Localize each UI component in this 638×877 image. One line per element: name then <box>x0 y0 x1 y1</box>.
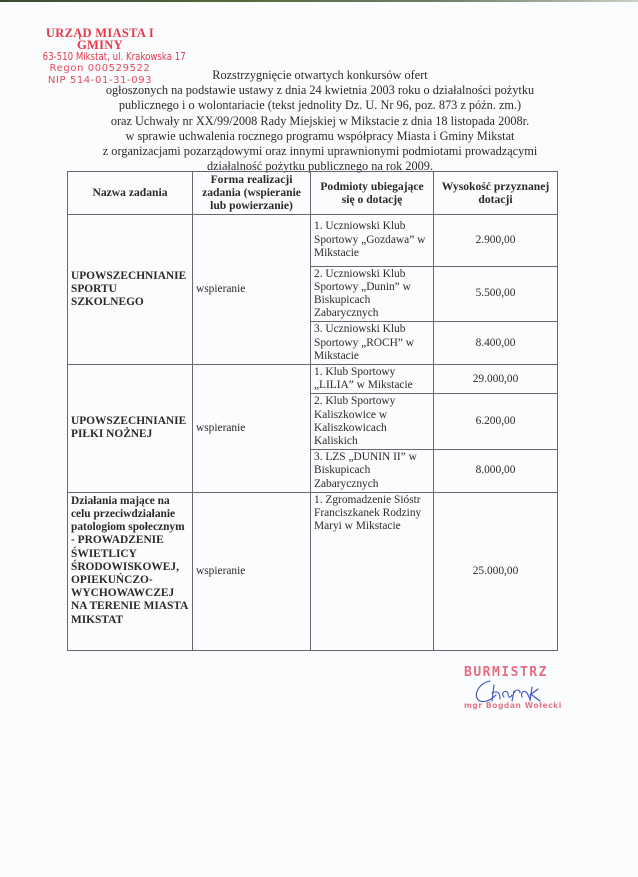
stamp-office-name: URZĄD MIASTA I GMINY <box>30 27 170 51</box>
grant-amount: 8.400,00 <box>434 322 558 365</box>
grant-amount: 29.000,00 <box>434 365 558 394</box>
mayor-signature-stamp: BURMISTRZ mgr Bogdan Wołecki <box>450 665 590 725</box>
entity-name: 3. Uczniowski Klub Sportowy „ROCH” w Mik… <box>311 322 434 365</box>
task-name: UPOWSZECHNIANIE PIŁKI NOŻNEJ <box>68 365 193 493</box>
entity-name: 3. LZS „DUNIN II” w Biskupicach Zabarycz… <box>311 450 434 493</box>
grant-amount: 25.000,00 <box>434 492 558 650</box>
heading-line: w sprawie uchwalenia rocznego programu w… <box>60 129 580 144</box>
stamp-address: 63-510 Mikstat, ul. Krakowska 17 <box>43 51 158 63</box>
document-heading: Rozstrzygnięcie otwartych konkursów ofer… <box>60 68 580 174</box>
entity-name: 2. Uczniowski Klub Sportowy „Dunin” w Bi… <box>311 266 434 322</box>
grants-table: Nazwa zadania Forma realizacji zadania (… <box>67 171 558 651</box>
grant-amount: 8.000,00 <box>434 450 558 493</box>
scan-edge <box>0 0 638 2</box>
header-task-name: Nazwa zadania <box>68 172 193 215</box>
grant-amount: 2.900,00 <box>434 214 558 266</box>
task-form: wspieranie <box>193 365 311 493</box>
heading-line: Rozstrzygnięcie otwartych konkursów ofer… <box>60 68 580 83</box>
grant-amount: 6.200,00 <box>434 394 558 450</box>
task-form: wspieranie <box>193 492 311 650</box>
table-row: UPOWSZECHNIANIE PIŁKI NOŻNEJ wspieranie … <box>68 365 558 394</box>
table-row: UPOWSZECHNIANIE SPORTU SZKOLNEGO wspiera… <box>68 214 558 266</box>
table-row: Działania mające na celu przeciwdziałani… <box>68 492 558 650</box>
table-header-row: Nazwa zadania Forma realizacji zadania (… <box>68 172 558 215</box>
grant-amount: 5.500,00 <box>434 266 558 322</box>
header-entities: Podmioty ubiegające się o dotację <box>311 172 434 215</box>
heading-line: oraz Uchwały nr XX/99/2008 Rady Miejskie… <box>60 114 580 129</box>
heading-line: ogłoszonych na podstawie ustawy z dnia 2… <box>60 83 580 98</box>
entity-name: 1. Uczniowski Klub Sportowy „Gozdawa” w … <box>311 214 434 266</box>
entity-name: 2. Klub Sportowy Kaliszkowice w Kaliszko… <box>311 394 434 450</box>
signature-person: mgr Bogdan Wołecki <box>464 701 562 710</box>
entity-name: 1. Zgromadzenie Sióstr Franciszkanek Rod… <box>311 492 434 650</box>
entity-name: 1. Klub Sportowy „LILIA” w Mikstacie <box>311 365 434 394</box>
heading-line: publicznego i o wolontariacie (tekst jed… <box>60 98 580 113</box>
heading-line: z organizacjami pozarządowymi oraz innym… <box>60 144 580 159</box>
task-form: wspieranie <box>193 214 311 364</box>
header-form: Forma realizacji zadania (wspieranie lub… <box>193 172 311 215</box>
header-amount: Wysokość przyznanej dotacji <box>434 172 558 215</box>
task-name: Działania mające na celu przeciwdziałani… <box>68 492 193 650</box>
task-name: UPOWSZECHNIANIE SPORTU SZKOLNEGO <box>68 214 193 364</box>
